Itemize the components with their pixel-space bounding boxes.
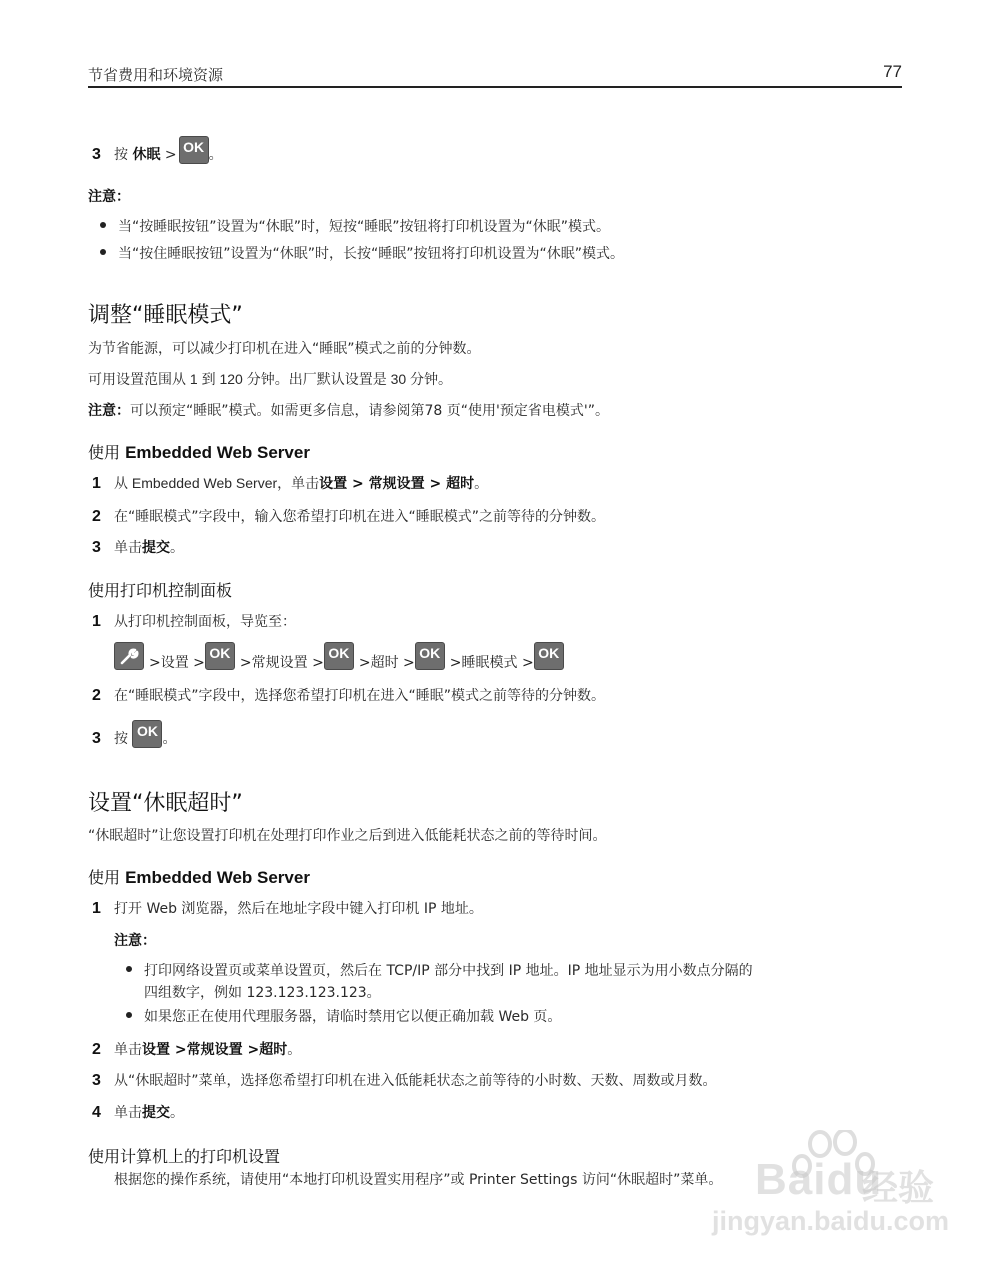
ok-button-icon: OK: [324, 642, 354, 670]
ok-button-icon: OK: [205, 642, 235, 670]
step-item: 2单击设置 >常规设置 >超时。: [92, 1039, 301, 1059]
subsection-heading-control-panel: 使用打印机控制面板: [88, 578, 232, 601]
watermark-cn: 经验: [862, 1160, 934, 1211]
ok-button-icon: OK: [415, 642, 445, 670]
note-bullet: 打印网络设置页或菜单设置页，然后在 TCP/IP 部分中找到 IP 地址。IP …: [126, 960, 753, 980]
step-item: 3按 OK。: [92, 720, 176, 748]
note: 注意：可以预定“睡眠”模式。如需更多信息，请参阅第78 页“使用'预定省电模式'…: [88, 400, 609, 420]
chapter-title: 节省费用和环境资源: [88, 64, 223, 85]
bullet-icon: [126, 1012, 132, 1018]
step-item: 3从“休眠超时”菜单，选择您希望打印机在进入低能耗状态之前等待的小时数、天数、周…: [92, 1070, 717, 1090]
ok-button-icon: OK: [534, 642, 564, 670]
section-title-sleep-mode: 调整“睡眠模式”: [88, 298, 243, 329]
section-title-hibernate-timeout: 设置“休眠超时”: [88, 786, 243, 817]
step-item: 2在“睡眠模式”字段中，输入您希望打印机在进入“睡眠模式”之前等待的分钟数。: [92, 506, 605, 526]
navigation-path: >设置 >OK>常规设置 >OK>超时 >OK>睡眠模式 >OK: [114, 642, 564, 670]
subsection-heading-computer: 使用计算机上的打印机设置: [88, 1144, 280, 1167]
paragraph: 为节省能源，可以减少打印机在进入“睡眠”模式之前的分钟数。: [88, 338, 481, 358]
page-number: 77: [883, 62, 902, 82]
bullet-icon: [100, 249, 106, 255]
ok-button-icon: OK: [132, 720, 162, 748]
step-item: 2在“睡眠模式”字段中，选择您希望打印机在进入“睡眠”模式之前等待的分钟数。: [92, 685, 605, 705]
paragraph: 可用设置范围从 1 到 120 分钟。出厂默认设置是 30 分钟。: [88, 369, 452, 389]
subsection-heading-ews: 使用 Embedded Web Server: [88, 865, 310, 888]
step-item: 4单击提交。: [92, 1102, 184, 1122]
step-item: 1打开 Web 浏览器，然后在地址字段中键入打印机 IP 地址。: [92, 898, 483, 918]
watermark-url: jingyan.baidu.com: [712, 1206, 949, 1237]
step-item: 3单击提交。: [92, 537, 184, 557]
ok-button-icon: OK: [179, 136, 209, 164]
document-page: 节省费用和环境资源 77 3按 休眠 >OK。 注意： 当“按睡眠按钮”设置为“…: [0, 0, 989, 1280]
bullet-icon: [100, 222, 106, 228]
step-item: 1从打印机控制面板，导览至：: [92, 611, 296, 631]
note-bullet-continuation: 四组数字，例如 123.123.123.123。: [144, 982, 381, 1002]
bullet-icon: [126, 966, 132, 972]
note-bullet: 如果您正在使用代理服务器，请临时禁用它以便正确加载 Web 页。: [126, 1006, 561, 1026]
subsection-heading-ews: 使用 Embedded Web Server: [88, 440, 310, 463]
note-bullet: 当“按住睡眠按钮”设置为“休眠”时，长按“睡眠”按钮将打印机设置为“休眠”模式。: [100, 243, 624, 263]
step-item: 1从 Embedded Web Server，单击设置 > 常规设置 > 超时。: [92, 473, 488, 493]
note-bullet: 当“按睡眠按钮”设置为“休眠”时，短按“睡眠”按钮将打印机设置为“休眠”模式。: [100, 216, 610, 236]
wrench-icon: [114, 642, 144, 670]
paragraph: 根据您的操作系统，请使用“本地打印机设置实用程序”或 Printer Setti…: [114, 1169, 722, 1189]
note-label: 注意：: [114, 930, 156, 950]
paragraph: “休眠超时”让您设置打印机在处理打印作业之后到进入低能耗状态之前的等待时间。: [88, 825, 607, 845]
step-hibernate-press-ok: 3按 休眠 >OK。: [92, 136, 223, 164]
page-header: 节省费用和环境资源 77: [88, 62, 902, 88]
note-label: 注意：: [88, 186, 130, 206]
